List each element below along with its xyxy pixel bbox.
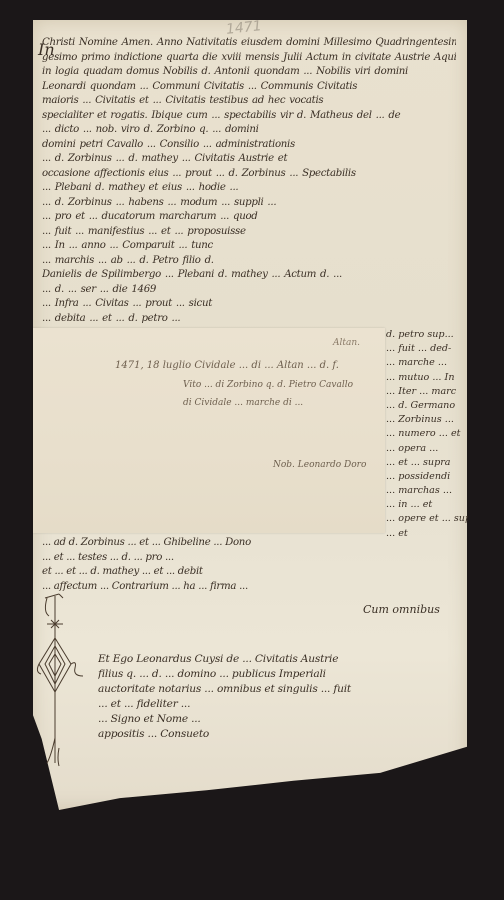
text-line: auctoritate notarius ... omnibus et sing…: [98, 682, 448, 697]
lower-handwritten-text: ... ad d. Zorbinus ... et ... Ghibeline …: [42, 536, 460, 594]
note-line-3: di Cividale ... marche di ...: [183, 398, 303, 408]
text-line: domini petri Cavallo ... Consilio ... ad…: [42, 138, 456, 153]
closing-formula: Cum omnibus: [363, 603, 440, 616]
text-line: ... d. Germano: [386, 399, 468, 413]
text-line: ... possidendi: [386, 470, 468, 484]
text-line: ... opera ...: [386, 442, 468, 456]
text-line: ... Zorbinus ...: [386, 413, 468, 427]
text-line: ... pro et ... ducatorum marcharum ... q…: [42, 210, 456, 225]
text-line: ... Infra ... Civitas ... prout ... sicu…: [42, 297, 456, 312]
text-line: ... numero ... et: [386, 427, 468, 441]
text-line: ... dicto ... nob. viro d. Zorbino q. ..…: [42, 123, 456, 138]
text-line: ... et ... supra: [386, 456, 468, 470]
text-line: specialiter et rogatis. Ibique cum ... s…: [42, 109, 456, 124]
text-line: ... marchas ...: [386, 484, 468, 498]
text-line: ... Iter ... marc: [386, 385, 468, 399]
text-line: et ... et ... d. mathey ... et ... debit: [42, 565, 460, 580]
text-line: maioris ... Civitatis et ... Civitatis t…: [42, 94, 456, 109]
text-line: Et Ego Leonardus Cuysi de ... Civitatis …: [98, 652, 448, 667]
text-line: ... Plebani d. mathey et eius ... hodie …: [42, 181, 456, 196]
text-line: ... opere et ... supra -: [386, 512, 468, 526]
text-line: ... ad d. Zorbinus ... et ... Ghibeline …: [42, 536, 460, 551]
text-line: ... affectum ... Contrarium ... ha ... f…: [42, 580, 460, 595]
text-line: gesimo primo indictione quarta die xviii…: [42, 51, 456, 66]
note-header-line: 1471, 18 luglio Cividale ... di ... Alta…: [115, 360, 339, 371]
text-line: Christi Nomine Amen. Anno Nativitatis ei…: [42, 36, 456, 51]
text-line: ... fuit ... manifestius ... et ... prop…: [42, 225, 456, 240]
text-line: occasione affectionis eius ... prout ...…: [42, 167, 456, 182]
text-line: Leonardi quondam ... Communi Civitatis .…: [42, 80, 456, 95]
note-line-2: Vito ... di Zorbino q. d. Pietro Cavallo: [183, 380, 353, 390]
note-signature: Nob. Leonardo Doro: [273, 460, 366, 470]
text-line: ... mutuo ... In: [386, 371, 468, 385]
text-line: ... d. ... ser ... die 1469: [42, 283, 456, 298]
pasted-note-slip: Altan. 1471, 18 luglio Cividale ... di .…: [33, 328, 385, 533]
text-line: ... debita ... et ... d. petro ...: [42, 312, 456, 327]
text-line: Danielis de Spilimbergo ... Plebani d. m…: [42, 268, 456, 283]
text-line: ... d. Zorbinus ... habens ... modum ...…: [42, 196, 456, 211]
right-column-text: d. petro sup...... fuit ... ded-... marc…: [386, 328, 468, 541]
text-line: in logia quadam domus Nobilis d. Antonii…: [42, 65, 456, 80]
text-line: ... et ... testes ... d. ... pro ...: [42, 551, 460, 566]
text-line: ... et ... fideliter ...: [98, 697, 448, 712]
notary-subscription: Et Ego Leonardus Cuysi de ... Civitatis …: [98, 652, 448, 742]
text-line: ... fuit ... ded-: [386, 342, 468, 356]
text-line: filius q. ... d. ... domino ... publicus…: [98, 667, 448, 682]
text-line: d. petro sup...: [386, 328, 468, 342]
notary-signum-icon: [33, 588, 93, 768]
text-line: ... marche ...: [386, 356, 468, 370]
note-corner-label: Altan.: [333, 338, 360, 348]
text-line: ... Signo et Nome ...: [98, 712, 448, 727]
text-line: appositis ... Consueto: [98, 727, 448, 742]
text-line: ... d. Zorbinus ... d. mathey ... Civita…: [42, 152, 456, 167]
text-line: ... in ... et: [386, 498, 468, 512]
main-handwritten-text: Christi Nomine Amen. Anno Nativitatis ei…: [42, 36, 456, 326]
text-line: ... In ... anno ... Comparuit ... tunc: [42, 239, 456, 254]
text-line: ... marchis ... ab ... d. Petro filio d.: [42, 254, 456, 269]
